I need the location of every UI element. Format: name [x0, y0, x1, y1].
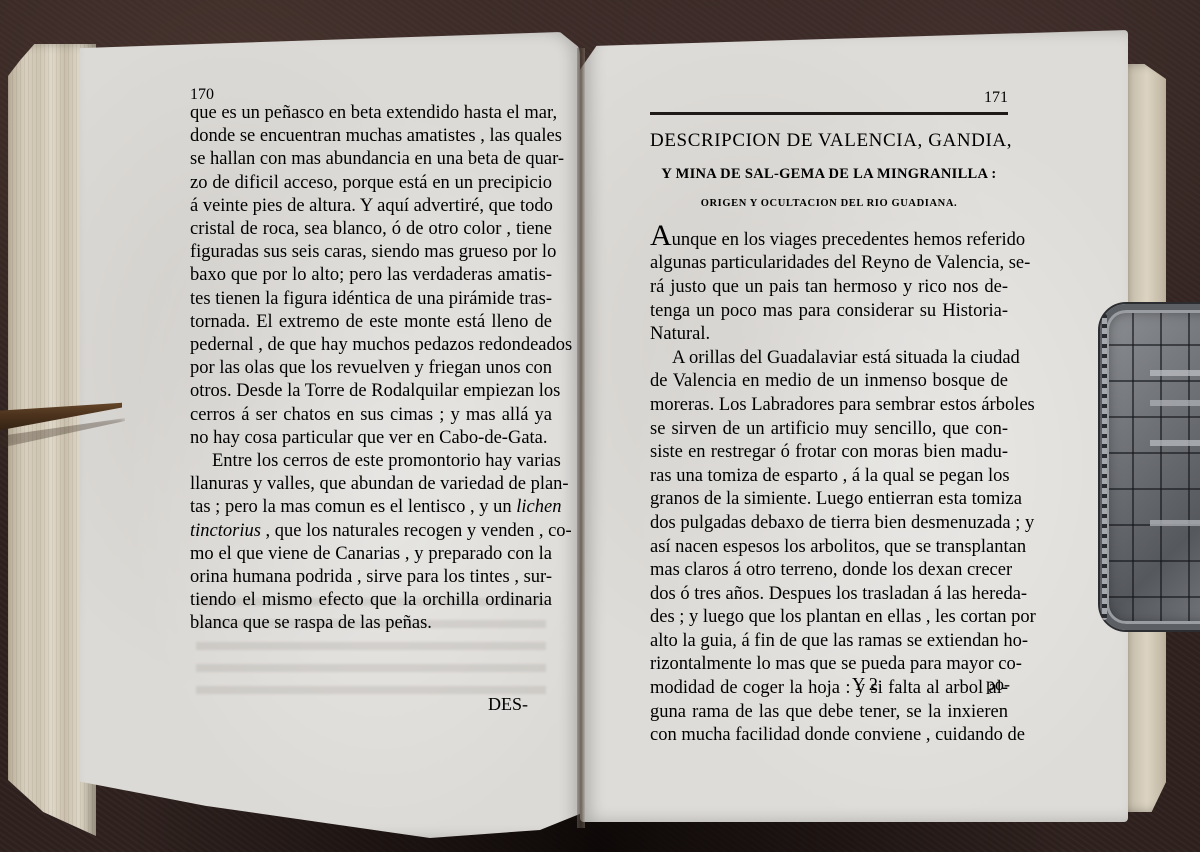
italic-term: tinctorius: [190, 521, 261, 541]
catchword-left: DES-: [488, 694, 528, 715]
text-line: modidad de coger la hoja : y si falta al…: [650, 677, 1008, 701]
text-line: mas claros á otro terreno, donde los dex…: [650, 559, 1008, 583]
text-line: algunas particularidades del Reyno de Va…: [650, 252, 1008, 276]
text-run: , que los naturales recogen y venden , c…: [261, 521, 572, 541]
page-number-left: 170: [190, 88, 552, 102]
text-line: siste en restregar ó frotar con moras bi…: [650, 441, 1008, 465]
text-line: con mucha facilidad donde conviene , cui…: [650, 724, 1008, 748]
text-line: á veinte pies de altura. Y aquí advertir…: [190, 195, 552, 218]
text-run: tas ; pero la mas comun es el lentisco ,…: [190, 497, 516, 517]
text-line: tas ; pero la mas comun es el lentisco ,…: [190, 496, 552, 519]
text-line: llanuras y valles, que abundan de varied…: [190, 473, 552, 496]
clip-relief-pattern: [1150, 350, 1200, 570]
text-line: por las olas que los revuelven y friegan…: [190, 357, 552, 380]
right-page-text: 171 DESCRIPCION DE VALENCIA, GANDIA, Y M…: [650, 86, 1008, 748]
text-line: rá justo que un pais tan hermoso y rico …: [650, 276, 1008, 300]
text-line: tiendo el mismo efecto que la orchilla o…: [190, 589, 552, 612]
header-rule: [650, 112, 1008, 115]
text-line: tinctorius , que los naturales recogen y…: [190, 520, 552, 543]
text-line: rizontalmente lo mas que se pueda para m…: [650, 653, 1008, 677]
text-line: dos pulgadas debaxo de tierra bien desme…: [650, 512, 1008, 536]
text-line: otros. Desde la Torre de Rodalquilar emp…: [190, 380, 552, 403]
text-line: zo de dificil acceso, porque está en un …: [190, 172, 552, 195]
signature-mark: Y 2: [852, 674, 878, 695]
chapter-title: DESCRIPCION DE VALENCIA, GANDIA,: [650, 129, 1008, 153]
italic-term: lichen: [516, 497, 561, 517]
left-page-text: 170 que es un peñasco en beta extendido …: [190, 88, 552, 636]
text-line: así nacen espesos los arbolitos, que se …: [650, 536, 1008, 560]
text-line: no hay cosa particular que ver en Cabo-d…: [190, 427, 552, 450]
chapter-minor-heading: ORIGEN Y OCULTACION DEL RIO GUADIANA.: [650, 192, 1008, 216]
chapter-subtitle: Y MINA DE SAL-GEMA DE LA MINGRANILLA :: [650, 163, 1008, 187]
text-line: Natural.: [650, 323, 1008, 347]
catchword-right: po-: [986, 674, 1010, 695]
text-line: moreras. Los Labradores para sembrar est…: [650, 394, 1008, 418]
metal-page-clip-icon: [1100, 304, 1200, 630]
text-line: blanca que se raspa de las peñas.: [190, 612, 552, 635]
text-line: A orillas del Guadalaviar está situada l…: [650, 347, 1008, 371]
text-line: de Valencia en medio de un inmenso bosqu…: [650, 370, 1008, 394]
text-line: guna rama de las que debe tener, se la i…: [650, 701, 1008, 725]
text-line: se hallan con mas abundancia en una beta…: [190, 148, 552, 171]
text-line: donde se encuentran muchas amatistes , l…: [190, 125, 552, 148]
text-line: pedernal , de que hay muchos pedazos red…: [190, 334, 552, 357]
text-run: unque en los viages precedentes hemos re…: [672, 230, 1025, 250]
text-line: Aunque en los viages precedentes hemos r…: [650, 226, 1008, 253]
text-line: se sirven de un artificio muy sencillo, …: [650, 418, 1008, 442]
text-line: mo el que viene de Canarias , y preparad…: [190, 543, 552, 566]
text-line: orina humana podrida , sirve para los ti…: [190, 566, 552, 589]
text-line: cerros á ser chatos en sus cimas ; y mas…: [190, 404, 552, 427]
text-line: granos de la simiente. Luego entierran e…: [650, 488, 1008, 512]
text-line: Entre los cerros de este promontorio hay…: [190, 450, 552, 473]
text-line: ras una tomiza de esparto , á la qual se…: [650, 465, 1008, 489]
text-line: cristal de roca, sea blanco, ó de otro c…: [190, 218, 552, 241]
text-line: dos ó tres años. Despues los trasladan á…: [650, 583, 1008, 607]
text-line: tornada. El extremo de este monte está l…: [190, 311, 552, 334]
text-line: baxo que por lo alto; pero las verdadera…: [190, 264, 552, 287]
text-line: alto la guia, á fin de que las ramas se …: [650, 630, 1008, 654]
page-number-right: 171: [984, 86, 1008, 110]
text-line: tenga un poco mas para considerar su His…: [650, 300, 1008, 324]
book-gutter: [577, 48, 585, 828]
drop-cap: A: [650, 219, 672, 252]
text-line: tes tienen la figura idéntica de una pir…: [190, 288, 552, 311]
text-line: des ; y luego que los plantan en ellas ,…: [650, 606, 1008, 630]
text-line: que es un peñasco en beta extendido hast…: [190, 102, 552, 125]
text-line: figuradas sus seis caras, siendo mas gru…: [190, 241, 552, 264]
